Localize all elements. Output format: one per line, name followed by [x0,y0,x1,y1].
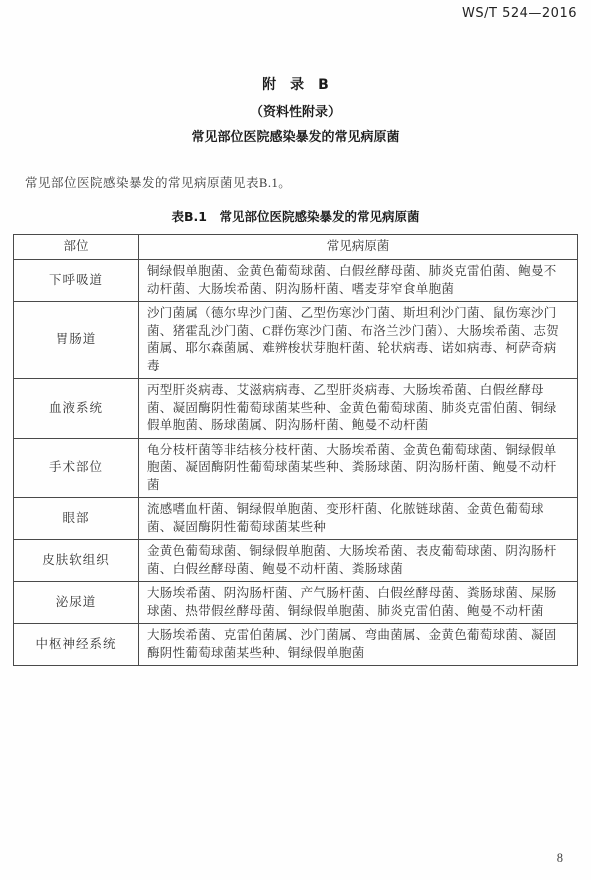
table-row-central-nervous-system: 中枢神经系统 大肠埃希菌、克雷伯菌属、沙门菌属、弯曲菌属、金黄色葡萄球菌、凝固酶… [14,624,578,666]
site-cell: 眼部 [14,498,139,540]
table-row-urinary-tract: 泌尿道 大肠埃希菌、阴沟肠杆菌、产气肠杆菌、白假丝酵母菌、粪肠球菌、屎肠球菌、热… [14,582,578,624]
pathogens-cell: 沙门菌属（德尔卑沙门菌、乙型伤寒沙门菌、斯坦利沙门菌、鼠伤寒沙门菌、猪霍乱沙门菌… [139,302,578,379]
table-row-blood-system: 血液系统 丙型肝炎病毒、艾滋病病毒、乙型肝炎病毒、大肠埃希菌、白假丝酵母菌、凝固… [14,379,578,439]
pathogens-cell: 大肠埃希菌、阴沟肠杆菌、产气肠杆菌、白假丝酵母菌、粪肠球菌、屎肠球菌、热带假丝酵… [139,582,578,624]
pathogens-cell: 大肠埃希菌、克雷伯菌属、沙门菌属、弯曲菌属、金黄色葡萄球菌、凝固酶阴性葡萄球菌某… [139,624,578,666]
pathogens-cell: 金黄色葡萄球菌、铜绿假单胞菌、大肠埃希菌、表皮葡萄球菌、阴沟肠杆菌、白假丝酵母菌… [139,540,578,582]
site-cell: 下呼吸道 [14,260,139,302]
pathogen-table: 部位 常见病原菌 下呼吸道 铜绿假单胞菌、金黄色葡萄球菌、白假丝酵母菌、肺炎克雷… [13,234,578,666]
site-cell: 中枢神经系统 [14,624,139,666]
table-row-lower-respiratory: 下呼吸道 铜绿假单胞菌、金黄色葡萄球菌、白假丝酵母菌、肺炎克雷伯菌、鲍曼不动杆菌… [14,260,578,302]
appendix-title: 附 录 B [0,74,591,94]
appendix-heading: 常见部位医院感染暴发的常见病原菌 [0,126,591,145]
column-header-pathogens: 常见病原菌 [139,235,578,260]
pathogens-cell: 龟分枝杆菌等非结核分枝杆菌、大肠埃希菌、金黄色葡萄球菌、铜绿假单胞菌、凝固酶阴性… [139,438,578,498]
table-caption: 表B.1 常见部位医院感染暴发的常见病原菌 [0,207,591,225]
table-row-skin-soft-tissue: 皮肤软组织 金黄色葡萄球菌、铜绿假单胞菌、大肠埃希菌、表皮葡萄球菌、阴沟肠杆菌、… [14,540,578,582]
intro-paragraph: 常见部位医院感染暴发的常见病原菌见表B.1。 [25,175,566,192]
page-number: 8 [557,851,563,866]
site-cell: 胃肠道 [14,302,139,379]
document-page: WS/T 524—2016 附 录 B （资料性附录） 常见部位医院感染暴发的常… [0,0,591,880]
pathogens-cell: 丙型肝炎病毒、艾滋病病毒、乙型肝炎病毒、大肠埃希菌、白假丝酵母菌、凝固酶阴性葡萄… [139,379,578,439]
table-row-eye: 眼部 流感嗜血杆菌、铜绿假单胞菌、变形杆菌、化脓链球菌、金黄色葡萄球菌、凝固酶阴… [14,498,578,540]
site-cell: 皮肤软组织 [14,540,139,582]
table-row-surgical-site: 手术部位 龟分枝杆菌等非结核分枝杆菌、大肠埃希菌、金黄色葡萄球菌、铜绿假单胞菌、… [14,438,578,498]
column-header-site: 部位 [14,235,139,260]
pathogens-cell: 流感嗜血杆菌、铜绿假单胞菌、变形杆菌、化脓链球菌、金黄色葡萄球菌、凝固酶阴性葡萄… [139,498,578,540]
table-row-gastrointestinal: 胃肠道 沙门菌属（德尔卑沙门菌、乙型伤寒沙门菌、斯坦利沙门菌、鼠伤寒沙门菌、猪霍… [14,302,578,379]
site-cell: 血液系统 [14,379,139,439]
pathogens-cell: 铜绿假单胞菌、金黄色葡萄球菌、白假丝酵母菌、肺炎克雷伯菌、鲍曼不动杆菌、大肠埃希… [139,260,578,302]
site-cell: 泌尿道 [14,582,139,624]
doc-number: WS/T 524—2016 [462,6,577,21]
appendix-subtitle: （资料性附录） [0,101,591,120]
table-header-row: 部位 常见病原菌 [14,235,578,260]
site-cell: 手术部位 [14,438,139,498]
